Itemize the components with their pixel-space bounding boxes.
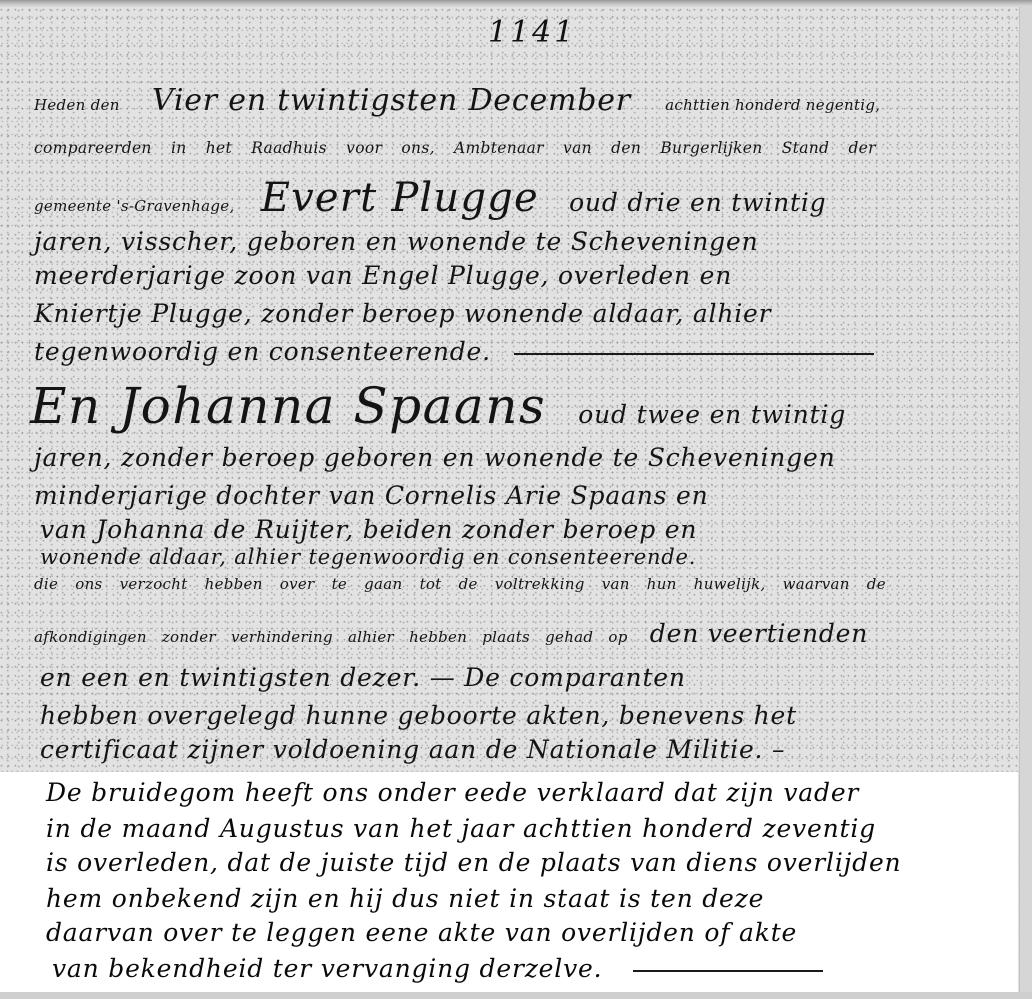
record-line-1: Heden den Vier en twintigsten December a… xyxy=(34,83,880,118)
record-line-8: En Johanna Spaans oud twee en twintig xyxy=(30,377,846,435)
groom-name: Evert Plugge xyxy=(261,175,539,221)
handwritten-text: De bruidegom heeft ons onder eede verkla… xyxy=(46,778,859,807)
handwritten-text: minderjarige dochter van Cornelis Arie S… xyxy=(34,481,709,510)
handwritten-text: van Johanna de Ruijter, beiden zonder be… xyxy=(40,515,697,544)
record-line-9: jaren, zonder beroep geboren en wonende … xyxy=(34,443,835,472)
printed-text: afkondigingen zonder verhindering alhier… xyxy=(34,628,628,646)
record-line-5: meerderjarige zoon van Engel Plugge, ove… xyxy=(34,261,732,290)
record-line-10: minderjarige dochter van Cornelis Arie S… xyxy=(34,481,709,510)
handwritten-text: Kniertje Plugge, zonder beroep wonende a… xyxy=(34,299,771,328)
viewer-bottom-edge xyxy=(0,992,1032,999)
record-line-19: in de maand Augustus van het jaar achtti… xyxy=(46,814,876,843)
printed-text: gemeente 's-Gravenhage, xyxy=(34,197,235,215)
handwritten-text: en een en twintigsten dezer. — De compar… xyxy=(40,663,686,692)
handwritten-text: jaren, zonder beroep geboren en wonende … xyxy=(34,443,835,472)
printed-text: achttien honderd negentig, xyxy=(665,96,880,114)
viewer-top-bar xyxy=(0,0,1032,7)
handwritten-text: oud twee en twintig xyxy=(578,400,846,429)
handwritten-text: certificaat zijner voldoening aan de Nat… xyxy=(40,735,785,764)
record-line-17: certificaat zijner voldoening aan de Nat… xyxy=(40,735,785,764)
handwritten-text: daarvan over te leggen eene akte van ove… xyxy=(46,918,797,947)
record-line-7: tegenwoordig en consenteerende. xyxy=(34,337,874,366)
record-line-3: gemeente 's-Gravenhage, Evert Plugge oud… xyxy=(34,175,827,221)
handwritten-text: in de maand Augustus van het jaar achtti… xyxy=(46,814,876,843)
printed-text: compareerden in het Raadhuis voor ons, A… xyxy=(34,139,876,157)
record-line-18: De bruidegom heeft ons onder eede verkla… xyxy=(46,778,859,807)
printed-text: die ons verzocht hebben over te gaan tot… xyxy=(34,575,886,593)
record-line-11: van Johanna de Ruijter, beiden zonder be… xyxy=(40,515,697,544)
handwritten-text: wonende aldaar, alhier tegenwoordig en c… xyxy=(40,545,696,569)
handwritten-text: van bekendheid ter vervanging derzelve. xyxy=(52,954,602,983)
handwritten-text: hebben overgelegd hunne geboorte akten, … xyxy=(40,701,797,730)
record-line-6: Kniertje Plugge, zonder beroep wonende a… xyxy=(34,299,771,328)
record-line-21: hem onbekend zijn en hij dus niet in sta… xyxy=(46,884,764,913)
record-line-12: wonende aldaar, alhier tegenwoordig en c… xyxy=(40,545,696,569)
fill-line xyxy=(633,970,823,972)
handwritten-text: meerderjarige zoon van Engel Plugge, ove… xyxy=(34,261,732,290)
handwritten-text: den veertienden xyxy=(650,619,868,648)
record-line-15: en een en twintigsten dezer. — De compar… xyxy=(40,663,686,692)
record-line-23: van bekendheid ter vervanging derzelve. xyxy=(52,954,823,983)
scrollbar-track[interactable] xyxy=(1019,7,1032,999)
handwritten-text: tegenwoordig en consenteerende. xyxy=(34,337,491,366)
page-number: 1141 xyxy=(488,15,576,50)
handwritten-text: jaren, visscher, geboren en wonende te S… xyxy=(34,227,758,256)
handwritten-text: oud drie en twintig xyxy=(569,188,826,217)
record-line-13: die ons verzocht hebben over te gaan tot… xyxy=(34,575,886,593)
inset-annotation-panel: De bruidegom heeft ons onder eede verkla… xyxy=(0,772,1018,992)
record-line-22: daarvan over te leggen eene akte van ove… xyxy=(46,918,797,947)
record-line-2: compareerden in het Raadhuis voor ons, A… xyxy=(34,139,876,157)
handwritten-date: Vier en twintigsten December xyxy=(152,83,631,118)
record-line-20: is overleden, dat de juiste tijd en de p… xyxy=(46,848,901,877)
handwritten-text: hem onbekend zijn en hij dus niet in sta… xyxy=(46,884,764,913)
record-line-14: afkondigingen zonder verhindering alhier… xyxy=(34,619,868,648)
handwritten-text: is overleden, dat de juiste tijd en de p… xyxy=(46,848,901,877)
record-line-4: jaren, visscher, geboren en wonende te S… xyxy=(34,227,758,256)
bride-name: En Johanna Spaans xyxy=(30,377,546,435)
fill-line xyxy=(514,353,874,355)
record-line-16: hebben overgelegd hunne geboorte akten, … xyxy=(40,701,797,730)
printed-text: Heden den xyxy=(34,96,120,114)
